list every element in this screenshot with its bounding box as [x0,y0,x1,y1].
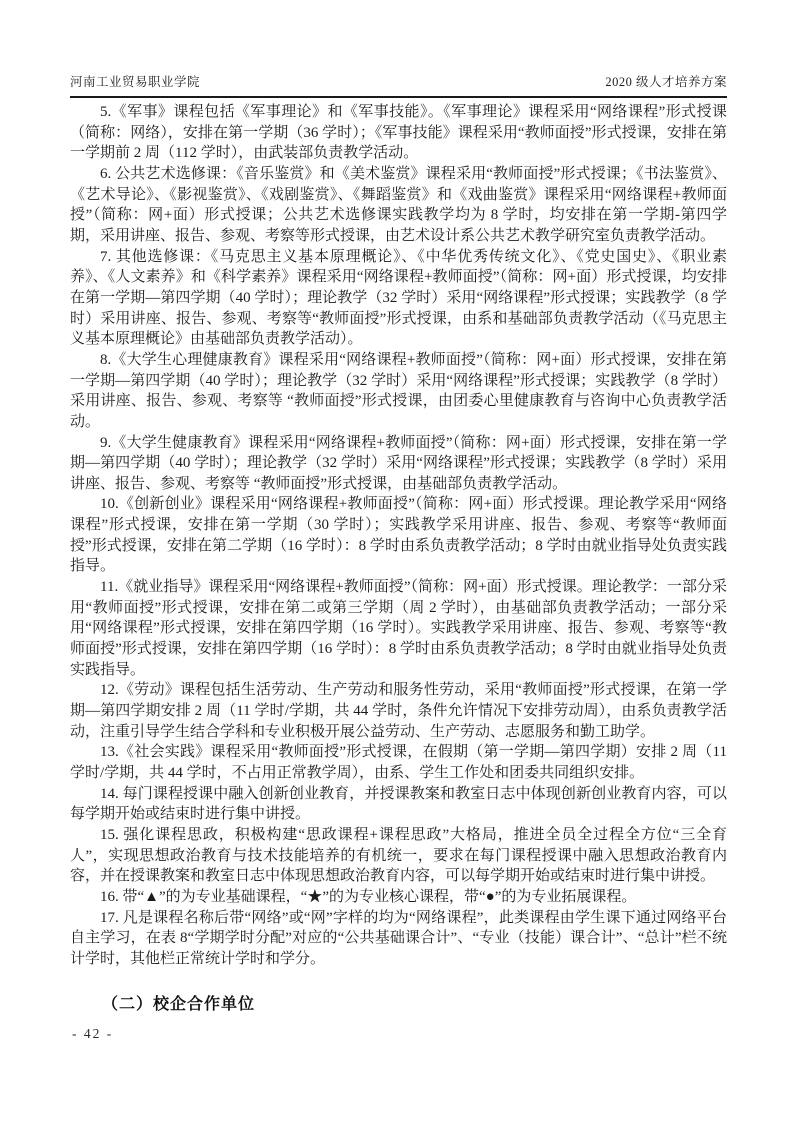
header-school-name: 河南工业贸易职业学院 [70,72,200,90]
paragraph-note-6: 6. 公共艺术选修课：《音乐鉴赏》和《美术鉴赏》课程采用“教师面授”形式授课；《… [70,164,727,247]
paragraph-note-15: 15. 强化课程思政，积极构建“思政课程+课程思政”大格局，推进全员全过程全方位… [70,825,727,887]
paragraph-note-10: 10.《创新创业》课程采用“网络课程+教师面授”（简称：网+面）形式授课。理论教… [70,494,727,577]
paragraph-note-13: 13.《社会实践》课程采用“教师面授”形式授课，在假期（第一学期—第四学期）安排… [70,742,727,783]
paragraph-note-14: 14. 每门课程授课中融入创新创业教育，并授课教案和教室日志中体现创新创业教育内… [70,784,727,825]
paragraph-note-17: 17. 凡是课程名称后带“网络”或“网”字样的均为“网络课程”，此类课程由学生课… [70,908,727,970]
paragraph-note-12: 12.《劳动》课程包括生活劳动、生产劳动和服务性劳动，采用“教师面授”形式授课，… [70,680,727,742]
document-body: 5.《军事》课程包括《军事理论》和《军事技能》。《军事理论》课程采用“网络课程”… [70,102,727,1014]
paragraph-note-7: 7. 其他选修课：《马克思主义基本原理概论》、《中华优秀传统文化》、《党史国史》… [70,247,727,350]
paragraph-note-9: 9.《大学生健康教育》课程采用“网络课程+教师面授”（简称：网+面）形式授课，安… [70,433,727,495]
header-doc-title: 2020 级人才培养方案 [605,72,727,90]
page-number: - 42 - [72,1026,113,1042]
paragraph-note-5: 5.《军事》课程包括《军事理论》和《军事技能》。《军事理论》课程采用“网络课程”… [70,102,727,164]
document-page: 河南工业贸易职业学院 2020 级人才培养方案 5.《军事》课程包括《军事理论》… [0,0,793,1122]
paragraph-note-8: 8.《大学生心理健康教育》课程采用“网络课程+教师面授”（简称：网+面）形式授课… [70,350,727,433]
paragraph-note-11: 11.《就业指导》课程采用“网络课程+教师面授”（简称：网+面）形式授课。理论教… [70,577,727,680]
section-heading: （二）校企合作单位 [70,991,727,1014]
page-header: 河南工业贸易职业学院 2020 级人才培养方案 [70,72,727,98]
paragraph-note-16: 16. 带“▲”的为专业基础课程，“★”的为专业核心课程，带“●”的为专业拓展课… [70,887,727,908]
